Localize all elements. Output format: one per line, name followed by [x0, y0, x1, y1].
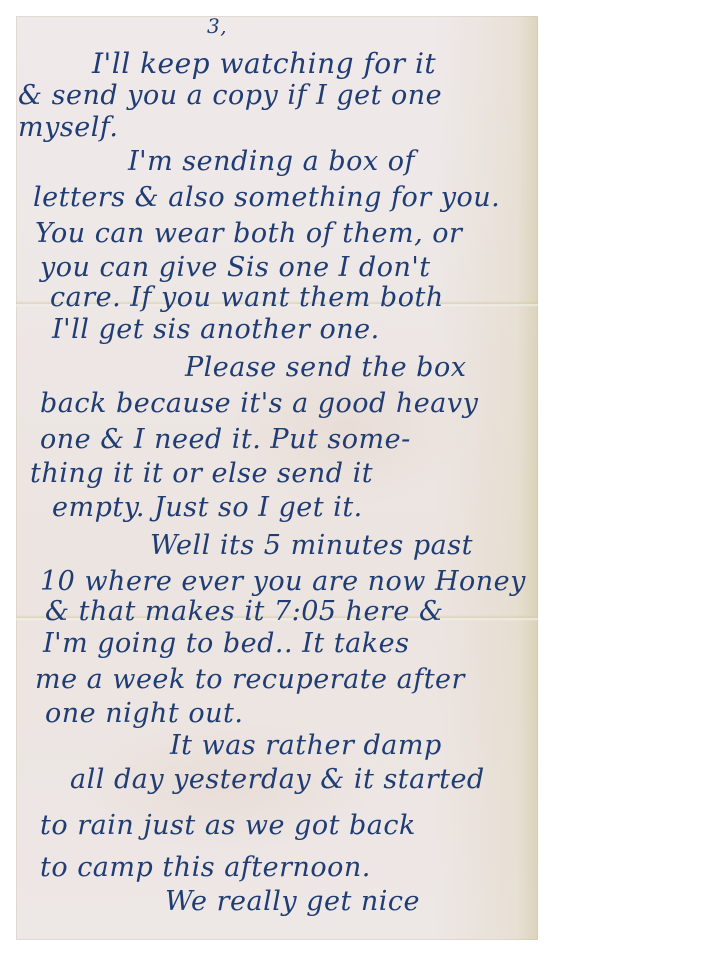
letter-line: & that makes it 7:05 here & [45, 598, 444, 625]
letter-line: me a week to recuperate after [35, 666, 465, 693]
letter-line: 10 where ever you are now Honey [40, 568, 526, 595]
letter-line: I'm going to bed.. It takes [43, 630, 409, 657]
letter-line: one & I need it. Put some- [40, 426, 411, 453]
page-number: 3, [207, 16, 227, 36]
letter-line: you can give Sis one I don't [40, 254, 431, 281]
letter-line: myself. [18, 114, 118, 141]
letter-line: I'll get sis another one. [52, 316, 380, 343]
letter-line: back because it's a good heavy [40, 390, 478, 417]
letter-line: empty. Just so I get it. [52, 494, 363, 521]
letter-line: You can wear both of them, or [35, 220, 462, 247]
letter-line: Well its 5 minutes past [150, 532, 473, 559]
letter-line: care. If you want them both [50, 284, 444, 311]
letter-line: letters & also something for you. [33, 184, 500, 211]
letter-line: & send you a copy if I get one [18, 82, 442, 109]
letter-line: one night out. [45, 700, 243, 727]
letter-line: all day yesterday & it started [70, 766, 485, 793]
letter-line: It was rather damp [170, 732, 442, 759]
letter-line: We really get nice [165, 888, 420, 915]
letter-line: thing it it or else send it [30, 460, 373, 487]
letter-line: I'm sending a box of [128, 148, 415, 175]
letter-line: I'll keep watching for it [92, 50, 502, 78]
letter-page: 3, I'll keep watching for it & send you … [16, 16, 538, 940]
letter-line: Please send the box [185, 354, 466, 381]
letter-line: to rain just as we got back [40, 812, 416, 839]
letter-line: to camp this afternoon. [40, 854, 371, 881]
